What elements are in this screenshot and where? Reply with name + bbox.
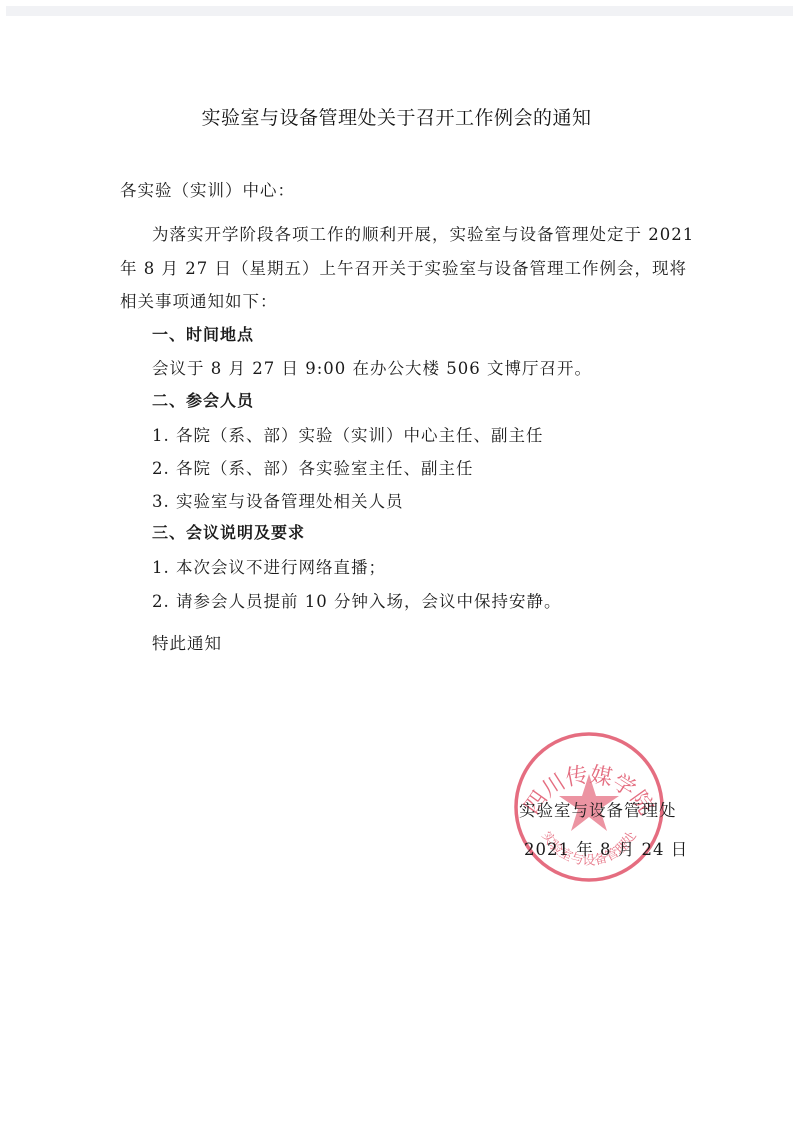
section-heading-time-place: 一、时间地点 (152, 322, 254, 345)
signature-org: 实验室与设备管理处 (519, 797, 677, 821)
section-item: 2. 各院（系、部）各实验室主任、副主任 (152, 455, 474, 479)
section-item: 1. 本次会议不进行网络直播； (152, 554, 386, 578)
scan-edge (6, 6, 793, 16)
intro-line-1: 为落实开学阶段各项工作的顺利开展，实验室与设备管理处定于 2021 (152, 221, 694, 245)
section-item: 3. 实验室与设备管理处相关人员 (152, 488, 404, 512)
document-title: 实验室与设备管理处关于召开工作例会的通知 (0, 103, 793, 130)
section-item: 1. 各院（系、部）实验（实训）中心主任、副主任 (152, 422, 544, 446)
signature-date: 2021 年 8 月 24 日 (524, 836, 688, 860)
intro-line-3: 相关事项通知如下： (120, 288, 278, 312)
closing-text: 特此通知 (152, 630, 222, 654)
section-heading-requirements: 三、会议说明及要求 (152, 520, 305, 543)
section-item: 2. 请参会人员提前 10 分钟入场，会议中保持安静。 (152, 588, 561, 612)
section-item: 会议于 8 月 27 日 9:00 在办公大楼 506 文博厅召开。 (152, 355, 592, 379)
intro-line-2: 年 8 月 27 日（星期五）上午召开关于实验室与设备管理工作例会，现将 (120, 255, 687, 279)
salutation: 各实验（实训）中心： (120, 177, 295, 201)
section-heading-attendees: 二、参会人员 (152, 388, 254, 411)
